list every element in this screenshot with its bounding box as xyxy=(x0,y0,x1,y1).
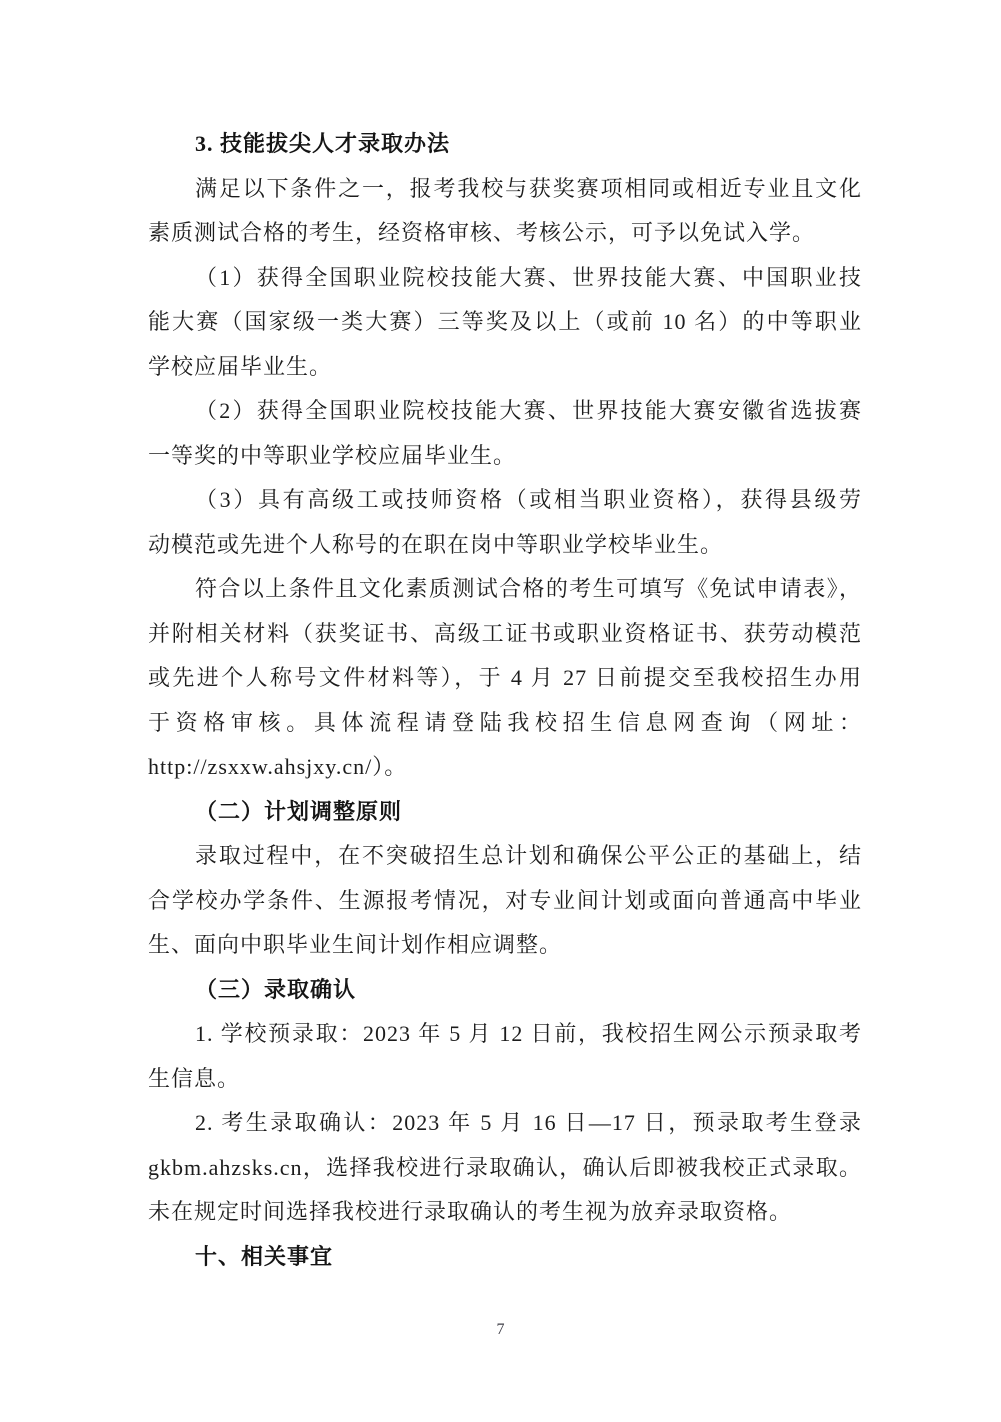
heading-skilled-talent-admission: 3. 技能拔尖人才录取办法 xyxy=(148,122,862,167)
text-line: 符合以上条件且文化素质测试合格的考生可填写《免试申请表》， xyxy=(148,567,862,612)
text-line: 未在规定时间选择我校进行录取确认的考生视为放弃录取资格。 xyxy=(148,1190,862,1235)
text-line: （2）获得全国职业院校技能大赛、世界技能大赛安徽省选拔赛 xyxy=(148,389,862,434)
text-line: 或先进个人称号文件材料等），于 4 月 27 日前提交至我校招生办用 xyxy=(148,656,862,701)
text-line: 于资格审核。具体流程请登陆我校招生信息网查询（网址： xyxy=(148,701,862,746)
text-line-url: http://zsxxw.ahsjxy.cn/）。 xyxy=(148,745,862,790)
text-line: 1. 学校预录取：2023 年 5 月 12 日前，我校招生网公示预录取考 xyxy=(148,1012,862,1057)
document-body: 3. 技能拔尖人才录取办法 满足以下条件之一，报考我校与获奖赛项相同或相近专业且… xyxy=(148,122,862,1279)
text-line: 满足以下条件之一，报考我校与获奖赛项相同或相近专业且文化 xyxy=(148,167,862,212)
heading-plan-adjustment-principle: （二）计划调整原则 xyxy=(148,790,862,835)
text-line: 一等奖的中等职业学校应届毕业生。 xyxy=(148,434,862,479)
document-page: 3. 技能拔尖人才录取办法 满足以下条件之一，报考我校与获奖赛项相同或相近专业且… xyxy=(0,0,1001,1422)
text-line: 合学校办学条件、生源报考情况，对专业间计划或面向普通高中毕业 xyxy=(148,879,862,924)
text-line: 并附相关材料（获奖证书、高级工证书或职业资格证书、获劳动模范 xyxy=(148,612,862,657)
text-line: 2. 考生录取确认：2023 年 5 月 16 日—17 日，预录取考生登录 xyxy=(148,1101,862,1146)
text-line: 生信息。 xyxy=(148,1057,862,1102)
text-line: （3）具有高级工或技师资格（或相当职业资格），获得县级劳 xyxy=(148,478,862,523)
text-line: （1）获得全国职业院校技能大赛、世界技能大赛、中国职业技 xyxy=(148,256,862,301)
text-line: 能大赛（国家级一类大赛）三等奖及以上（或前 10 名）的中等职业 xyxy=(148,300,862,345)
text-line: 生、面向中职毕业生间计划作相应调整。 xyxy=(148,923,862,968)
text-line-url: gkbm.ahzsks.cn，选择我校进行录取确认，确认后即被我校正式录取。 xyxy=(148,1146,862,1191)
text-line: 素质测试合格的考生，经资格审核、考核公示，可予以免试入学。 xyxy=(148,211,862,256)
text-line: 动模范或先进个人称号的在职在岗中等职业学校毕业生。 xyxy=(148,523,862,568)
heading-related-matters: 十、相关事宜 xyxy=(148,1235,862,1280)
text-line: 学校应届毕业生。 xyxy=(148,345,862,390)
page-number: 7 xyxy=(0,1320,1001,1340)
text-line: 录取过程中，在不突破招生总计划和确保公平公正的基础上，结 xyxy=(148,834,862,879)
heading-admission-confirmation: （三）录取确认 xyxy=(148,968,862,1013)
